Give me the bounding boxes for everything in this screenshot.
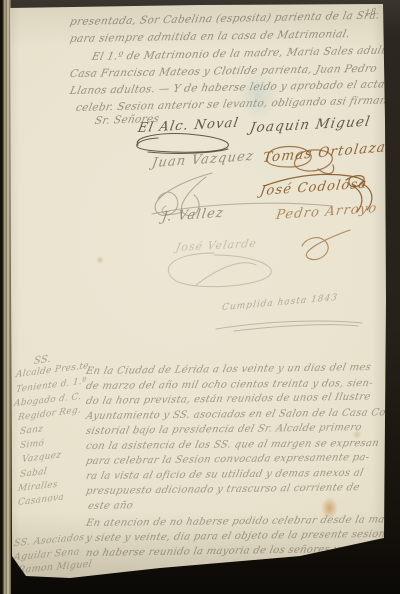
book-page-edges bbox=[0, 0, 11, 594]
paper-stain bbox=[96, 256, 104, 264]
margin-name: Casanova bbox=[17, 492, 64, 508]
body-line: ra la vista al oficio de su utilidad y d… bbox=[86, 468, 364, 482]
top-paragraph-line: para siempre admitida en la casa de Matr… bbox=[70, 28, 350, 45]
signature-vallez: J. Vallez bbox=[161, 206, 224, 225]
paper-stain bbox=[238, 70, 278, 120]
body-line: no haberse reunido la mayoria de los señ… bbox=[86, 543, 396, 559]
margin-name: Vazquez bbox=[21, 450, 61, 465]
top-paragraph-line: presentada, Sor Cabelina (esposita) pari… bbox=[70, 10, 380, 28]
body-line: para celebrar la Sesion convocada expres… bbox=[86, 452, 370, 467]
body-line: En la Ciudad de Lérida a los veinte y un… bbox=[86, 362, 371, 377]
top-paragraph-line: Casa Francisca Mateos y Clotilde parient… bbox=[70, 63, 377, 80]
body-line: de marzo del año mil ocho cientos treint… bbox=[86, 378, 373, 392]
margin-name: Sanz bbox=[19, 424, 43, 437]
body-line: y siete y veinte, dia para el objeto de … bbox=[86, 529, 385, 544]
top-paragraph-line: celebr. Sesion anterior se levanto, obli… bbox=[76, 94, 400, 114]
margin-name: Regidor Reg. bbox=[17, 405, 81, 423]
margin-name: Simó bbox=[19, 438, 44, 450]
book-gutter-shadow bbox=[382, 0, 400, 594]
top-paragraph-line: El 1.º de Matrimonio de la madre, Maria … bbox=[92, 44, 393, 63]
manuscript-page: 18. presentada, Sor Cabelina (esposita) … bbox=[0, 0, 400, 594]
body-line: En atencion de no haberse podido celebra… bbox=[86, 514, 395, 529]
body-line: do la hora prevista, están reunidos de u… bbox=[86, 392, 371, 407]
margin-name: Sabal bbox=[19, 467, 47, 480]
scanned-manuscript-scene: 18. presentada, Sor Cabelina (esposita) … bbox=[0, 0, 400, 594]
body-line: Ayuntamiento y SS. asociados en el Salon… bbox=[86, 407, 396, 422]
signature-oval-velarde bbox=[152, 245, 280, 293]
body-line: este año bbox=[88, 500, 133, 512]
margin-name: Miralles bbox=[17, 480, 58, 494]
body-line: con la asistencia de los SS. que al marg… bbox=[86, 438, 379, 452]
signature-loop-arroyo bbox=[282, 224, 358, 262]
dateline-underline bbox=[214, 317, 366, 333]
body-line: presupuesto adicionado y trascurso al co… bbox=[86, 482, 360, 497]
body-line: sistorial bajo la presidencia del Sr. Al… bbox=[86, 422, 362, 437]
top-paragraph-line: Llanos adultos. — Y de haberse leido y a… bbox=[70, 78, 385, 97]
signature-joaquin-miguel: Joaquin Miguel bbox=[250, 114, 371, 136]
dateline: Cumplida hasta 1843 bbox=[222, 293, 339, 313]
